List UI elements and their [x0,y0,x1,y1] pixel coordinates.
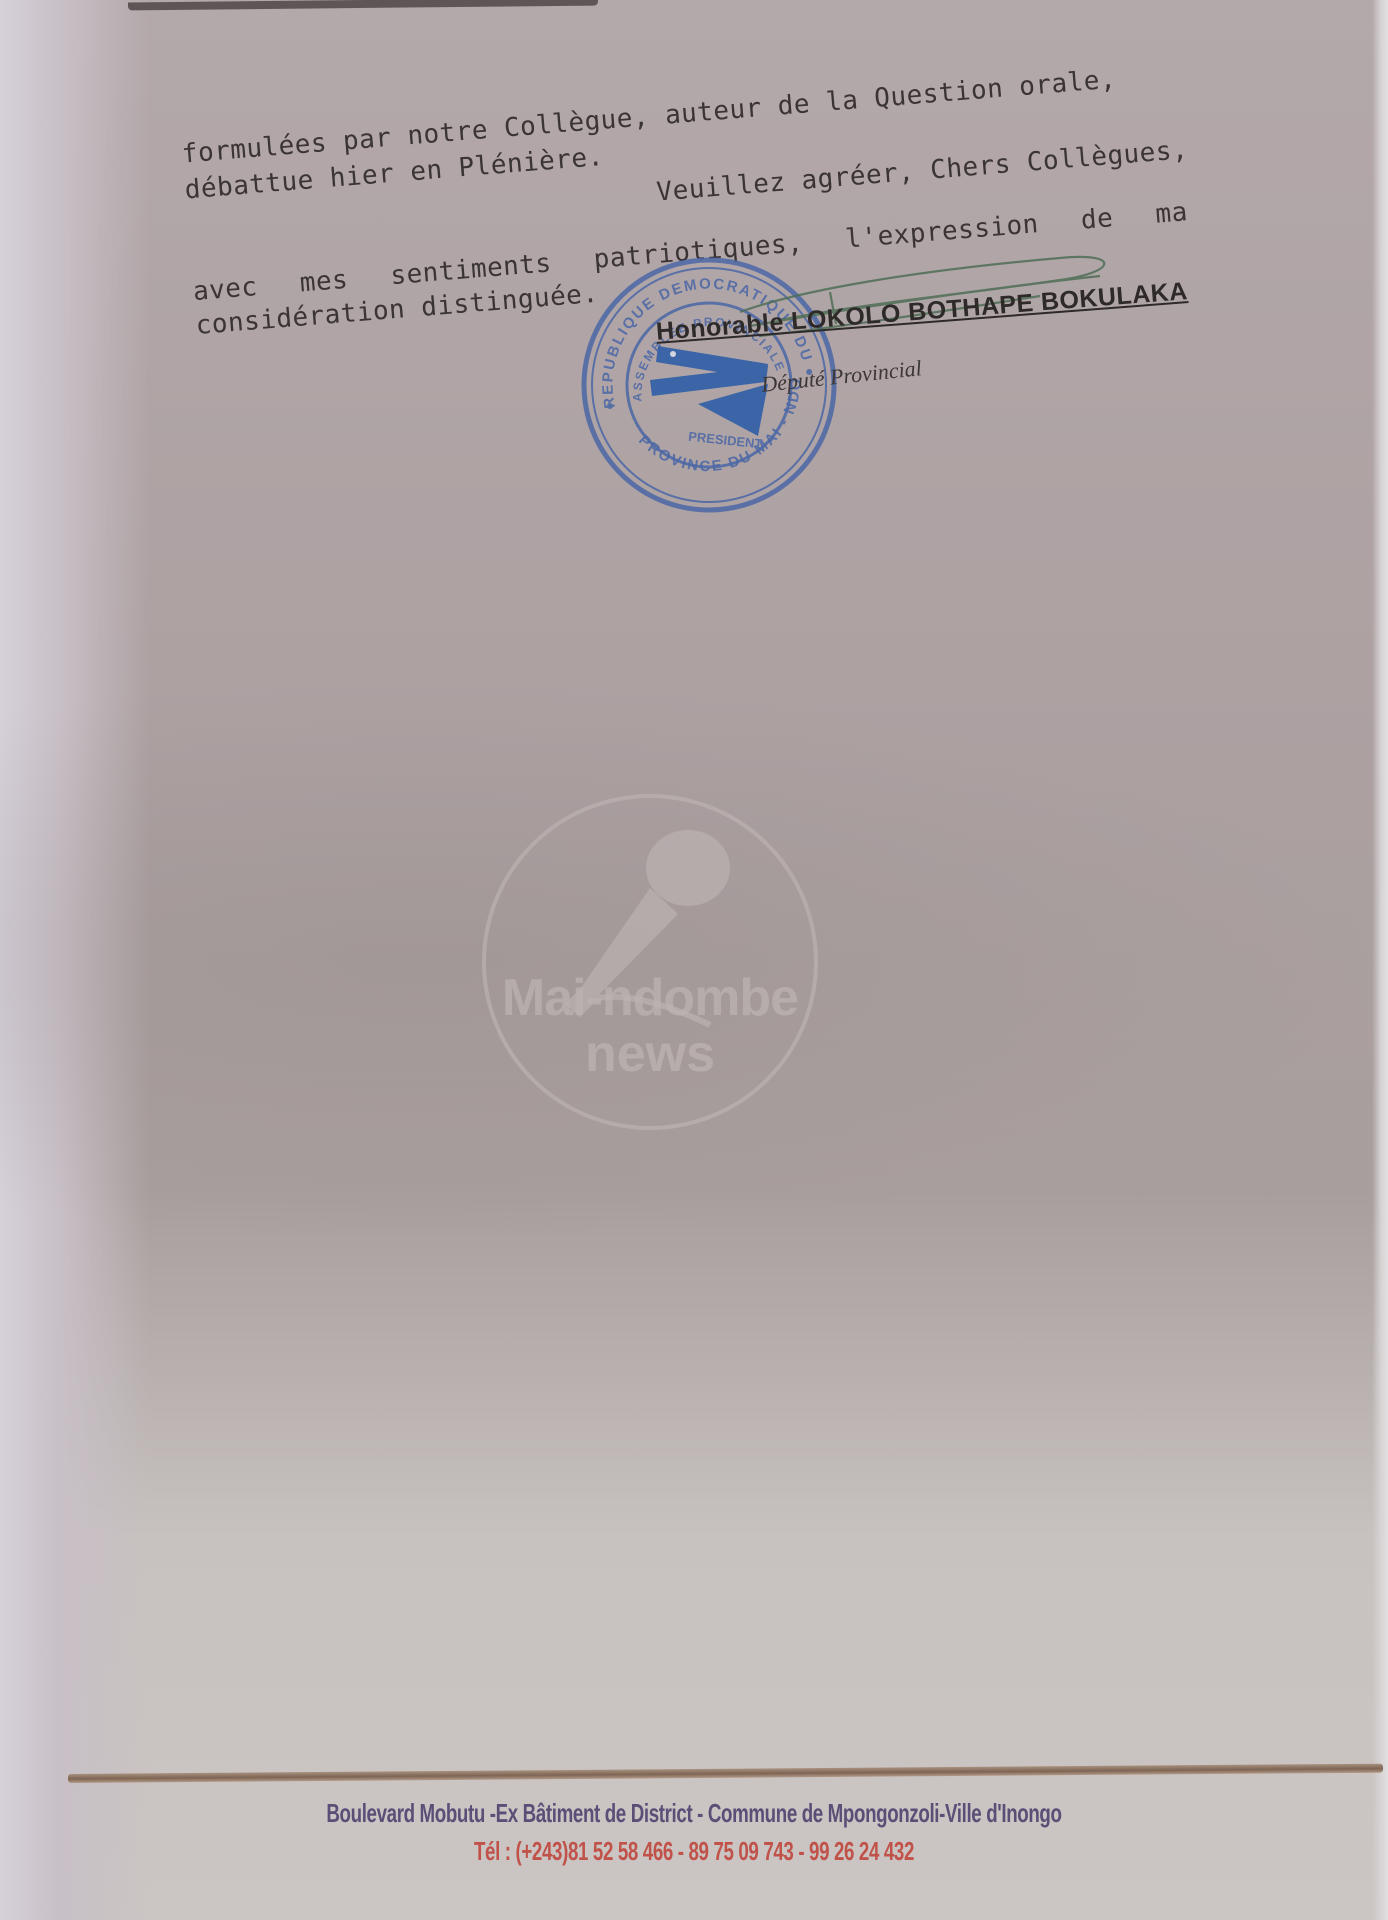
watermark-title: Mai-ndombe [478,968,822,1028]
letter-line: Veuillez agréer, Chers Collègues, [655,135,1189,208]
watermark-subtitle: news [478,1024,822,1084]
paper-right-edge [1372,0,1388,1920]
footer-phone: Tél : (+243)81 52 58 466 - 89 75 09 743 … [194,1836,1193,1867]
flag-emblem-icon [650,346,768,436]
footer-rule [68,1764,1383,1783]
footer-address: Boulevard Mobutu -Ex Bâtiment de Distric… [194,1798,1193,1829]
top-dark-strip [128,0,598,10]
